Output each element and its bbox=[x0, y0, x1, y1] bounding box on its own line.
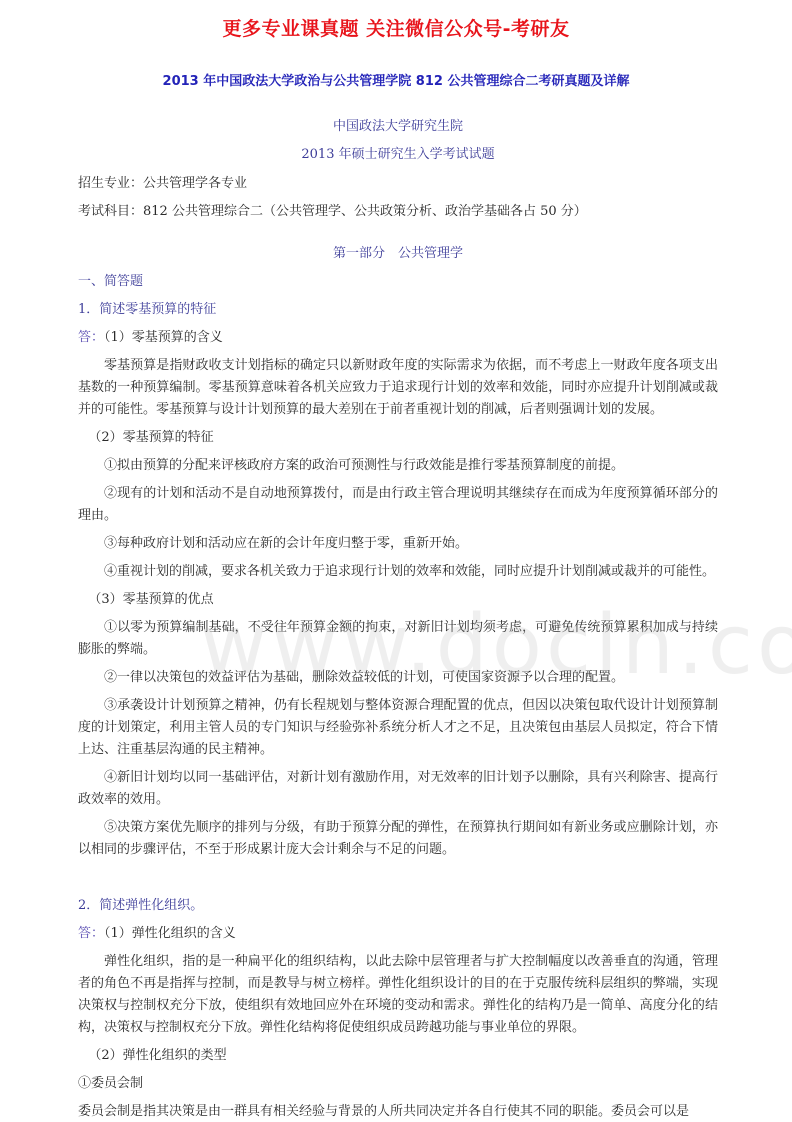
subsection-title: （3）零基预算的优点 bbox=[78, 589, 718, 611]
list-item: ②一律以决策包的效益评估为基础，删除效益较低的计划，可使国家资源予以合理的配置。 bbox=[78, 667, 718, 689]
list-item: ①拟由预算的分配来评核政府方案的政治可预测性与行政效能是推行零基预算制度的前提。 bbox=[78, 455, 718, 477]
answer-label: 答： bbox=[78, 926, 104, 941]
section-heading: 一、简答题 bbox=[78, 271, 718, 293]
list-item: ③承袭设计计划预算之精神，仍有长程规划与整体资源合理配置的优点，但因以决策包取代… bbox=[78, 695, 718, 761]
question-1-title: 1．简述零基预算的特征 bbox=[78, 299, 718, 321]
major-line: 招生专业：公共管理学各专业 bbox=[78, 173, 718, 195]
list-item: ①以零为预算编制基础，不受往年预算金额的拘束，对新旧计划均须考虑，可避免传统预算… bbox=[78, 617, 718, 661]
document-body: 中国政法大学研究生院 2013 年硕士研究生入学考试试题 招生专业：公共管理学各… bbox=[78, 116, 718, 1122]
paragraph: 委员会制是指其决策是由一群具有相关经验与背景的人所共同决定并各自行使其不同的职能… bbox=[78, 1101, 718, 1122]
subsection-title: （2）零基预算的特征 bbox=[78, 427, 718, 449]
promo-banner: 更多专业课真题 关注微信公众号-考研友 bbox=[0, 14, 792, 41]
list-item: ⑤决策方案优先顺序的排列与分级，有助于预算分配的弹性，在预算执行期间如有新业务或… bbox=[78, 817, 718, 861]
subsection-title: （2）弹性化组织的类型 bbox=[78, 1045, 718, 1067]
subsection-title: （1）零基预算的含义 bbox=[104, 330, 223, 345]
subject-line: 考试科目：812 公共管理综合二（公共管理学、公共政策分析、政治学基础各占 50… bbox=[78, 201, 718, 223]
question-1-answer-heading: 答：（1）零基预算的含义 bbox=[78, 327, 718, 349]
document-page: 更多专业课真题 关注微信公众号-考研友 2013 年中国政法大学政治与公共管理学… bbox=[0, 0, 792, 1122]
question-2-title: 2．简述弹性化组织。 bbox=[78, 895, 718, 917]
paragraph: 弹性化组织，指的是一种扁平化的组织结构，以此去除中层管理者与扩大控制幅度以改善垂… bbox=[78, 951, 718, 1039]
exam-title: 2013 年硕士研究生入学考试试题 bbox=[78, 144, 718, 166]
list-item: ③每种政府计划和活动应在新的会计年度归整于零，重新开始。 bbox=[78, 533, 718, 555]
list-item: ②现有的计划和活动不是自动地预算拨付，而是由行政主管合理说明其继续存在而成为年度… bbox=[78, 483, 718, 527]
list-item: ④新旧计划均以同一基础评估，对新计划有激励作用，对无效率的旧计划予以删除，具有兴… bbox=[78, 767, 718, 811]
answer-label: 答： bbox=[78, 330, 104, 345]
list-item: ④重视计划的削减，要求各机关致力于追求现行计划的效率和效能，同时应提升计划削减或… bbox=[78, 561, 718, 583]
question-2-answer-heading: 答：（1）弹性化组织的含义 bbox=[78, 923, 718, 945]
institution-name: 中国政法大学研究生院 bbox=[78, 116, 718, 138]
part-title: 第一部分 公共管理学 bbox=[78, 243, 718, 265]
list-item: ①委员会制 bbox=[78, 1073, 718, 1095]
paragraph: 零基预算是指财政收支计划指标的确定只以新财政年度的实际需求为依据，而不考虑上一财… bbox=[78, 355, 718, 421]
document-title: 2013 年中国政法大学政治与公共管理学院 812 公共管理综合二考研真题及详解 bbox=[0, 70, 792, 89]
subsection-title: （1）弹性化组织的含义 bbox=[104, 926, 236, 941]
spacer bbox=[78, 867, 718, 895]
